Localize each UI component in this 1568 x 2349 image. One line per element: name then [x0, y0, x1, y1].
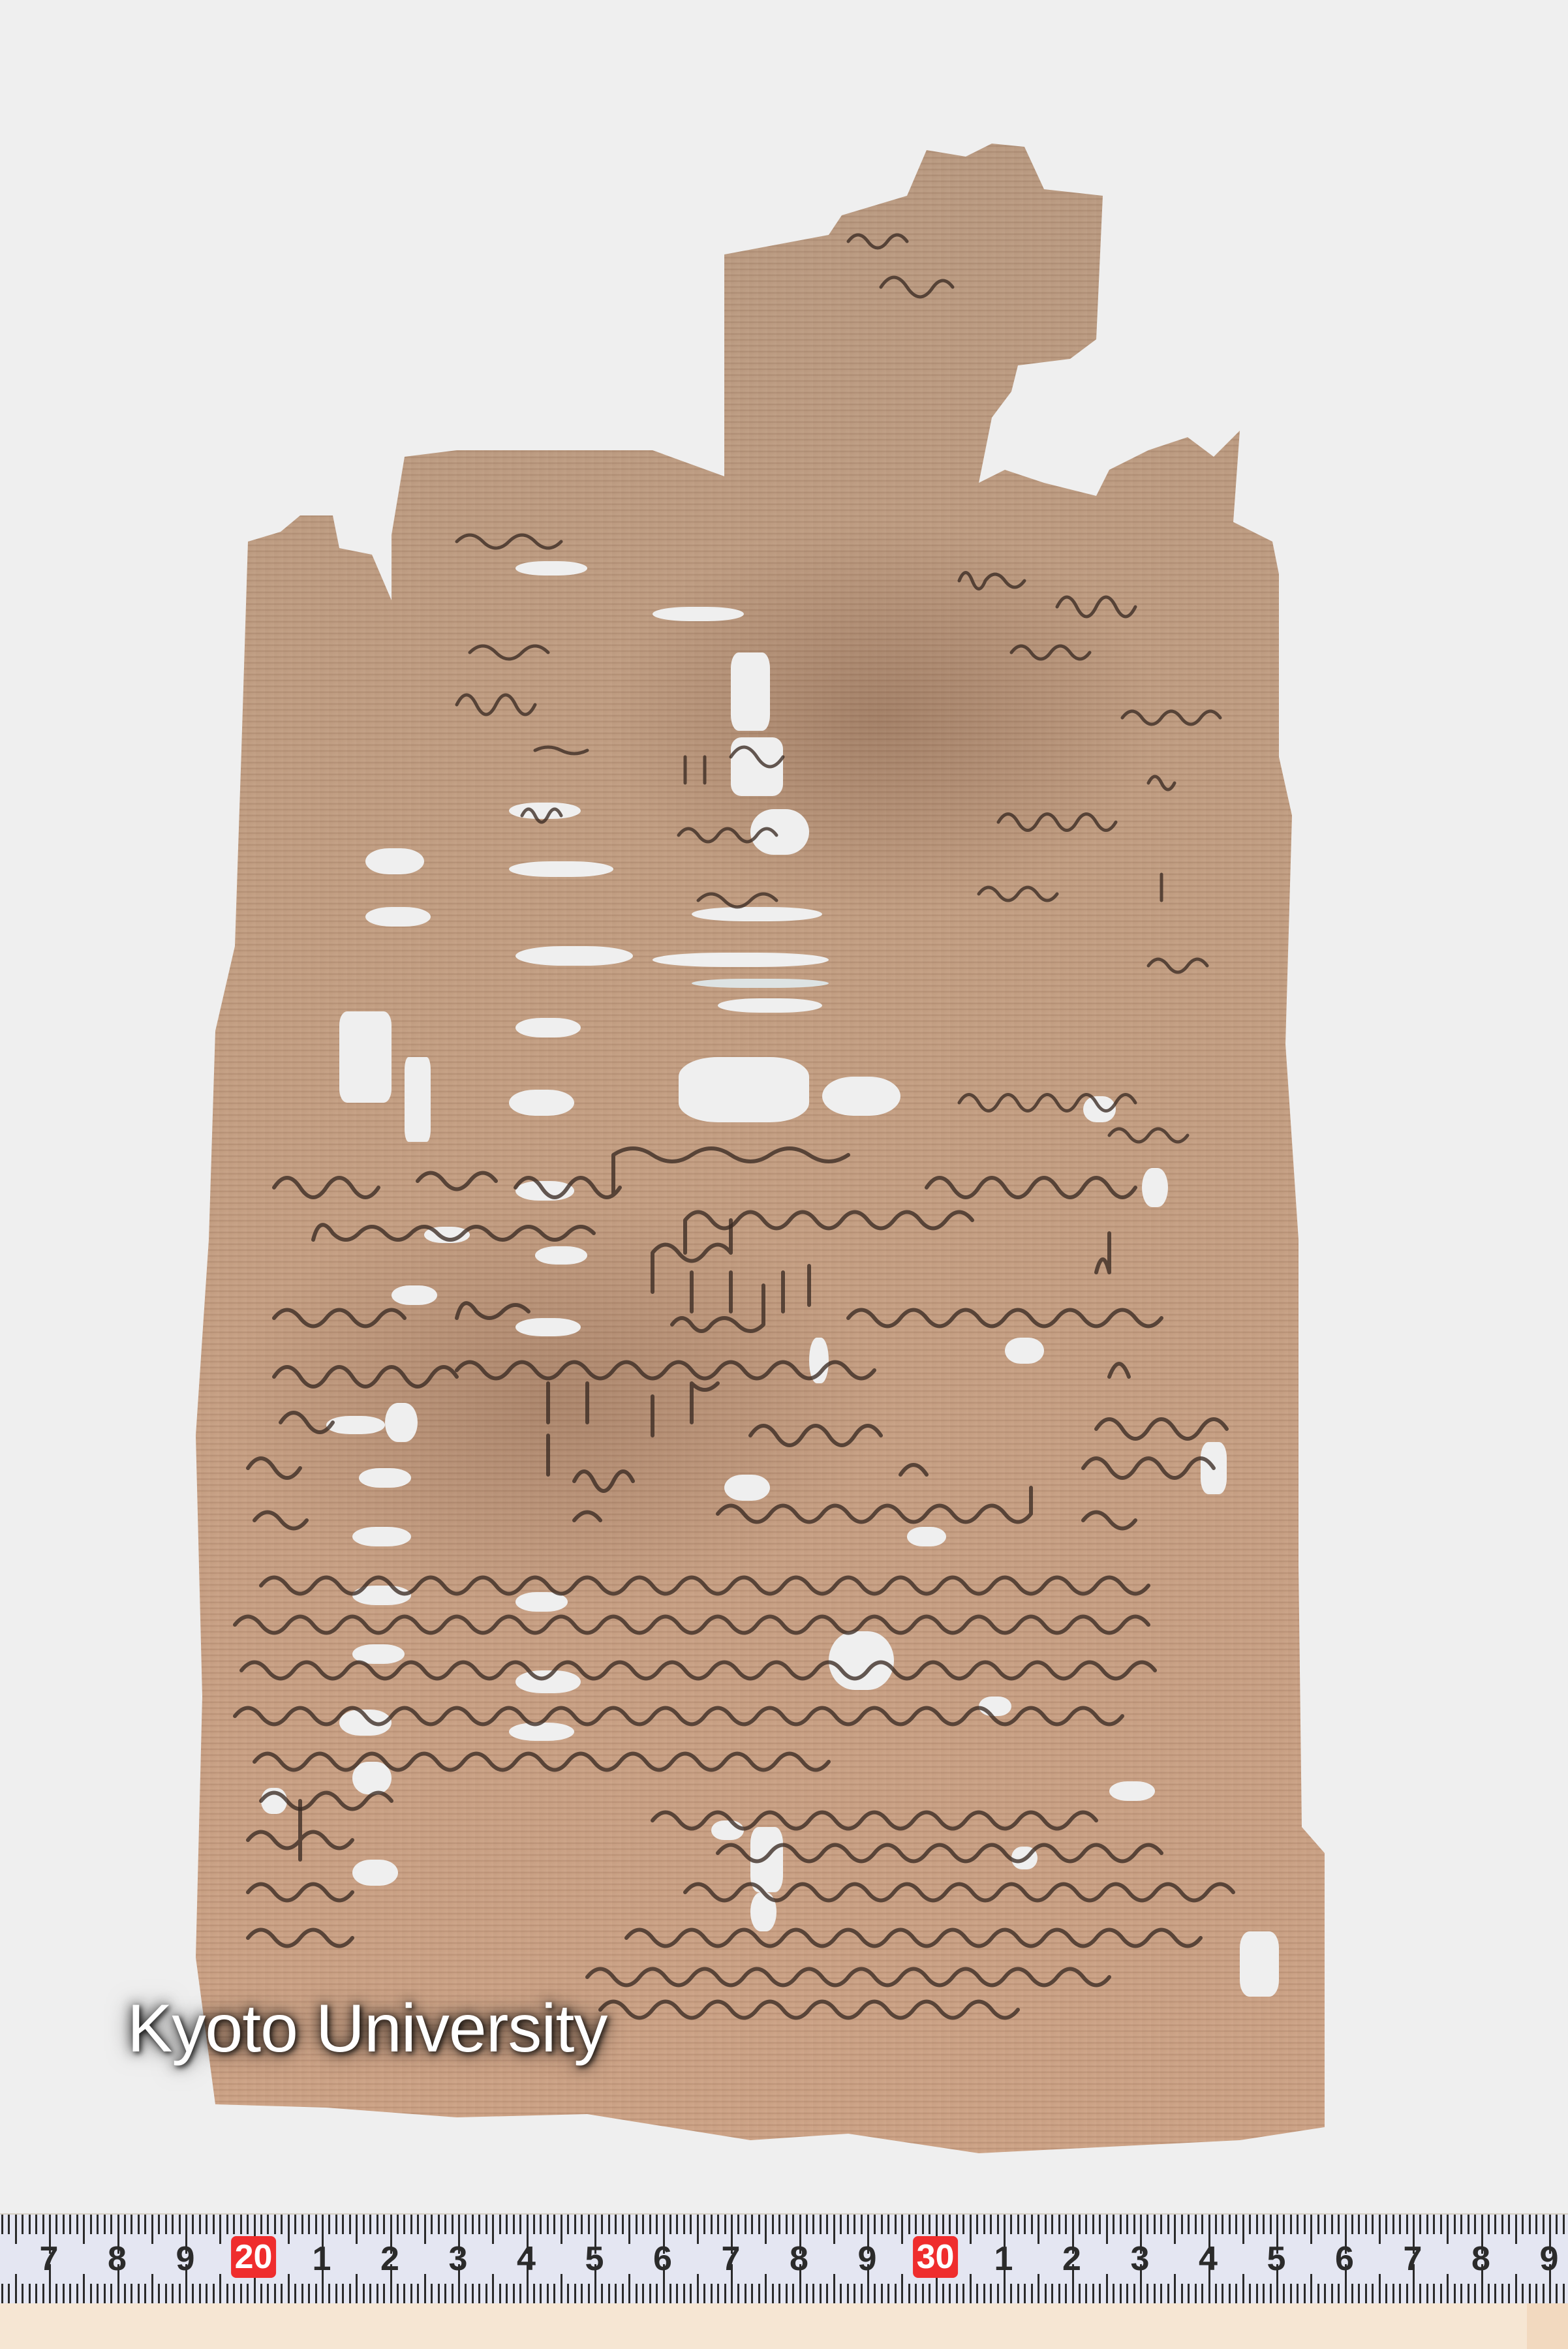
ruler-label: 8 — [1471, 2239, 1490, 2279]
ruler-tick — [499, 2284, 501, 2303]
ruler-tick — [1535, 2284, 1537, 2303]
ruler-tick — [219, 2274, 221, 2303]
ruler-tick — [812, 2284, 814, 2303]
ruler-tick — [1522, 2215, 1524, 2234]
ruler-tick — [308, 2284, 310, 2303]
ruler-tick — [881, 2284, 883, 2303]
ruler-tick — [703, 2215, 705, 2234]
ruler-tick — [233, 2284, 235, 2303]
ruler-tick — [1304, 2215, 1306, 2234]
ruler-tick — [172, 2284, 174, 2303]
ruler-tick — [478, 2284, 480, 2303]
ruler-tick — [676, 2284, 678, 2303]
ruler-tick — [29, 2284, 31, 2303]
ruler-tick — [1494, 2284, 1496, 2303]
ruler-tick — [226, 2284, 228, 2303]
ruler-tick — [1454, 2215, 1456, 2234]
ruler-tick — [1092, 2215, 1094, 2234]
ruler-tick — [1242, 2215, 1244, 2244]
ruler-tick — [1474, 2215, 1476, 2234]
ruler-tick — [138, 2284, 140, 2303]
ruler-tick — [983, 2215, 985, 2234]
ruler-tick — [1338, 2215, 1340, 2234]
ruler-tick — [1468, 2284, 1469, 2303]
ruler-tick — [997, 2215, 999, 2234]
ruler-tick — [1099, 2284, 1101, 2303]
ruler-tick — [1385, 2284, 1387, 2303]
ruler-label: 9 — [858, 2239, 877, 2279]
ruler-label: 30 — [913, 2236, 959, 2278]
ruler-tick — [690, 2284, 692, 2303]
ruler-tick — [97, 2284, 99, 2303]
ruler-tick — [676, 2215, 678, 2234]
ruler-tick — [1249, 2284, 1251, 2303]
ruler-tick — [1317, 2284, 1319, 2303]
ruler-tick — [717, 2215, 719, 2234]
ruler-tick — [1085, 2284, 1087, 2303]
ruler-tick — [158, 2215, 160, 2234]
ruler-tick — [452, 2284, 453, 2303]
ruler-tick — [1392, 2215, 1394, 2234]
ruler-tick — [1106, 2215, 1108, 2244]
ruler-tick — [1447, 2215, 1449, 2244]
ruler-tick — [328, 2284, 330, 2303]
ruler-tick — [574, 2215, 576, 2234]
ruler-tick — [472, 2215, 474, 2234]
ruler-tick — [42, 2215, 44, 2234]
ruler-tick — [922, 2284, 924, 2303]
ruler-tick — [847, 2284, 849, 2303]
ruler-tick — [1256, 2284, 1258, 2303]
ruler-tick — [1146, 2215, 1148, 2234]
ruler-tick — [1508, 2215, 1510, 2234]
ruler-tick — [1079, 2215, 1081, 2234]
ruler-tick — [1092, 2284, 1094, 2303]
ruler-tick — [1563, 2215, 1565, 2234]
ruler-tick — [1440, 2215, 1442, 2234]
ruler-label: 1 — [313, 2239, 331, 2279]
ruler-tick — [737, 2284, 739, 2303]
ruler-tick — [172, 2215, 174, 2234]
ruler-tick — [737, 2215, 739, 2234]
ruler-tick — [820, 2284, 822, 2303]
ruler-tick — [997, 2284, 999, 2303]
ruler-tick — [1283, 2215, 1285, 2234]
ruler-tick — [853, 2215, 855, 2234]
ruler-tick — [1249, 2215, 1251, 2234]
ruler-tick — [861, 2284, 863, 2303]
ruler-tick — [669, 2215, 671, 2234]
ruler-tick — [15, 2274, 17, 2303]
ruler-tick — [1024, 2284, 1026, 2303]
ruler-tick — [1229, 2215, 1231, 2234]
ruler-tick — [581, 2215, 583, 2234]
ruler-tick — [1270, 2215, 1272, 2234]
ruler-tick — [656, 2284, 658, 2303]
ruler-tick — [1174, 2215, 1176, 2244]
ruler-label: 2 — [380, 2239, 399, 2279]
ruler-tick — [1535, 2215, 1537, 2234]
ruler-tick — [90, 2215, 92, 2234]
ruler-tick — [1181, 2284, 1183, 2303]
ruler-tick — [1010, 2284, 1012, 2303]
ruler-tick — [452, 2215, 453, 2234]
ruler-tick — [97, 2215, 99, 2234]
ruler-tick — [574, 2284, 576, 2303]
ruler-tick — [1, 2215, 3, 2234]
ruler-tick — [908, 2284, 910, 2303]
ruler-tick — [1113, 2215, 1115, 2234]
ruler-label: 6 — [1335, 2239, 1354, 2279]
ruler-tick — [179, 2284, 181, 2303]
ruler-tick — [949, 2284, 951, 2303]
ruler-tick — [104, 2215, 106, 2234]
ruler-tick — [833, 2215, 835, 2244]
ruler-tick — [335, 2284, 337, 2303]
ruler-tick — [812, 2215, 814, 2234]
ruler-tick — [83, 2215, 85, 2244]
ruler-tick — [915, 2284, 917, 2303]
ruler-tick — [131, 2215, 132, 2234]
ruler-tick — [1235, 2215, 1237, 2234]
ruler-tick — [642, 2215, 644, 2234]
ruler-tick — [1146, 2284, 1148, 2303]
ruler-tick — [1174, 2274, 1176, 2303]
ruler-tick — [213, 2284, 215, 2303]
ruler-tick — [547, 2284, 549, 2303]
ruler-tick — [649, 2284, 651, 2303]
ruler-tick — [915, 2215, 917, 2234]
ruler-tick — [1085, 2215, 1087, 2234]
ruler-tick — [1440, 2284, 1442, 2303]
ruler-tick — [69, 2284, 71, 2303]
ruler-tick — [233, 2215, 235, 2234]
ruler-tick — [745, 2284, 746, 2303]
ruler-tick — [711, 2215, 713, 2234]
ruler-tick — [649, 2215, 651, 2234]
ruler-tick — [1051, 2215, 1053, 2234]
ruler-tick — [506, 2215, 508, 2234]
ruler-tick — [260, 2215, 262, 2234]
ruler-tick — [328, 2215, 330, 2234]
ruler-tick — [424, 2215, 426, 2244]
ruler-tick — [63, 2284, 65, 2303]
ruler-label: 4 — [1199, 2239, 1218, 2279]
ruler-tick — [669, 2284, 671, 2303]
ruler-tick — [1024, 2215, 1026, 2234]
ruler-tick — [622, 2215, 624, 2234]
ruler-tick — [267, 2284, 269, 2303]
ruler-tick — [35, 2215, 37, 2234]
ruler-tick — [697, 2274, 699, 2303]
ruler-tick — [1488, 2215, 1490, 2234]
ruler-tick — [758, 2284, 760, 2303]
ruler-tick — [369, 2215, 371, 2234]
ruler-tick — [492, 2215, 494, 2244]
ruler-tick — [533, 2284, 535, 2303]
ruler-tick — [608, 2215, 610, 2234]
ruler-tick — [199, 2215, 201, 2234]
ruler-tick — [499, 2215, 501, 2234]
ruler-tick — [1310, 2274, 1312, 2303]
ruler-tick — [1331, 2284, 1333, 2303]
ruler-tick — [751, 2284, 753, 2303]
ruler-tick — [533, 2215, 535, 2234]
ruler-tick — [792, 2215, 794, 2234]
ruler-tick — [751, 2215, 753, 2234]
ruler-tick — [1113, 2284, 1115, 2303]
ruler-tick — [1351, 2284, 1353, 2303]
ruler-tick — [1235, 2284, 1237, 2303]
ruler-tick — [990, 2284, 992, 2303]
ruler-tick — [1215, 2215, 1217, 2234]
ruler-tick — [786, 2215, 788, 2234]
ruler-tick — [1392, 2284, 1394, 2303]
ruler-tick — [1065, 2215, 1067, 2234]
ruler-tick — [363, 2284, 365, 2303]
ruler-tick — [588, 2284, 590, 2303]
ruler-tick — [1406, 2284, 1408, 2303]
ruler-tick — [8, 2215, 10, 2234]
ruler-tick — [1365, 2215, 1367, 2234]
ruler-tick — [540, 2284, 542, 2303]
ruler-tick — [1433, 2284, 1435, 2303]
table-surface — [0, 2302, 1568, 2349]
ruler-tick — [703, 2284, 705, 2303]
ruler-tick — [1181, 2215, 1183, 2234]
ruler-tick — [929, 2284, 930, 2303]
ruler-tick — [15, 2215, 17, 2244]
ruler-tick — [1433, 2215, 1435, 2234]
ruler-tick — [1, 2284, 3, 2303]
ruler-tick — [1263, 2284, 1265, 2303]
ruler-tick — [22, 2215, 23, 2234]
ruler-label: 4 — [517, 2239, 536, 2279]
ruler-tick — [553, 2284, 555, 2303]
ruler-tick — [1494, 2215, 1496, 2234]
ruler-tick — [874, 2284, 876, 2303]
ruler-label: 9 — [1540, 2239, 1559, 2279]
ruler-tick — [1038, 2215, 1039, 2244]
ruler-tick — [628, 2215, 630, 2244]
ruler-tick — [138, 2215, 140, 2234]
ruler-tick — [1160, 2284, 1162, 2303]
ruler-tick — [506, 2284, 508, 2303]
ruler-tick — [683, 2284, 685, 2303]
ruler-tick — [758, 2215, 760, 2234]
ruler-tick — [513, 2284, 515, 2303]
ruler-tick — [1222, 2215, 1223, 2234]
ruler-tick — [820, 2215, 822, 2234]
ruler-tick — [63, 2215, 65, 2234]
ruler-label: 5 — [585, 2239, 604, 2279]
ruler-tick — [1385, 2215, 1387, 2234]
ruler-tick — [929, 2215, 930, 2234]
ruler-tick — [294, 2284, 296, 2303]
ruler-tick — [949, 2215, 951, 2234]
ruler-tick — [561, 2274, 562, 2303]
ruler-tick — [465, 2215, 467, 2234]
ruler-tick — [1365, 2284, 1367, 2303]
ruler-tick — [1160, 2215, 1162, 2234]
ruler-tick — [219, 2215, 221, 2244]
ruler-tick — [124, 2215, 126, 2234]
ruler-tick — [956, 2215, 958, 2234]
ruler-tick — [240, 2215, 242, 2234]
ruler-tick — [683, 2215, 685, 2234]
ruler-tick — [1120, 2284, 1122, 2303]
ruler-tick — [274, 2215, 276, 2234]
ruler-tick — [697, 2215, 699, 2244]
ruler-tick — [1529, 2215, 1531, 2234]
ruler-tick — [1195, 2284, 1197, 2303]
ruler-tick — [1426, 2284, 1428, 2303]
ruler-tick — [690, 2215, 692, 2234]
ruler-tick — [847, 2215, 849, 2234]
ruler-tick — [1195, 2215, 1197, 2234]
ruler-tick — [29, 2215, 31, 2234]
ruler-tick — [990, 2215, 992, 2234]
ruler-tick — [1563, 2284, 1565, 2303]
ruler-tick — [1543, 2284, 1545, 2303]
ruler-tick — [165, 2215, 167, 2234]
ruler-tick — [983, 2284, 985, 2303]
ruler-label: 7 — [722, 2239, 741, 2279]
ruler-tick — [403, 2215, 405, 2234]
ruler-label: 5 — [1267, 2239, 1286, 2279]
ruler-tick — [1167, 2284, 1169, 2303]
ruler-tick — [335, 2215, 337, 2234]
ruler-tick — [1058, 2284, 1060, 2303]
ruler-tick — [1167, 2215, 1169, 2234]
ruler-tick — [1426, 2215, 1428, 2234]
ruler-tick — [826, 2284, 828, 2303]
ruler-tick — [377, 2284, 378, 2303]
ruler-tick — [1304, 2284, 1306, 2303]
ruler-tick — [615, 2284, 617, 2303]
ruler-tick — [1256, 2215, 1258, 2234]
ruler-tick — [887, 2215, 889, 2234]
ruler-tick — [342, 2284, 344, 2303]
ruler-tick — [349, 2284, 351, 2303]
ruler-tick — [1045, 2284, 1047, 2303]
ruler-tick — [1515, 2274, 1517, 2303]
ruler-label: 3 — [1131, 2239, 1150, 2279]
ruler-tick — [1188, 2284, 1190, 2303]
ruler-tick — [1460, 2215, 1462, 2234]
measuring-tape: 7892012345678930123456789 — [0, 2213, 1568, 2303]
ruler-tick — [403, 2284, 405, 2303]
ruler-tick — [861, 2215, 863, 2234]
ruler-tick — [1270, 2284, 1272, 2303]
ruler-tick — [1099, 2215, 1101, 2234]
ruler-tick — [1038, 2274, 1039, 2303]
ruler-label: 8 — [790, 2239, 808, 2279]
ruler-tick — [1188, 2215, 1190, 2234]
ruler-tick — [83, 2274, 85, 2303]
ruler-tick — [1338, 2284, 1340, 2303]
ruler-tick — [547, 2215, 549, 2234]
ruler-tick — [1529, 2284, 1531, 2303]
ruler-tick — [1010, 2215, 1012, 2234]
ruler-tick — [55, 2215, 57, 2234]
ruler-tick — [792, 2284, 794, 2303]
ruler-tick — [383, 2284, 385, 2303]
ruler-tick — [431, 2215, 433, 2234]
ruler-tick — [717, 2284, 719, 2303]
ruler-tick — [1201, 2284, 1203, 2303]
ruler-tick — [840, 2215, 842, 2234]
ruler-tick — [199, 2284, 201, 2303]
ruler-tick — [288, 2274, 290, 2303]
ruler-tick — [1079, 2284, 1081, 2303]
ruler-tick — [901, 2215, 903, 2244]
ruler-tick — [1331, 2215, 1333, 2234]
ruler-tick — [1508, 2284, 1510, 2303]
ruler-label: 6 — [653, 2239, 672, 2279]
ruler-tick — [35, 2284, 37, 2303]
ruler-tick — [1379, 2215, 1381, 2244]
ruler-tick — [1324, 2215, 1326, 2234]
ruler-tick — [22, 2284, 23, 2303]
ruler-tick — [192, 2284, 194, 2303]
ruler-tick — [349, 2215, 351, 2234]
ruler-tick — [628, 2274, 630, 2303]
ruler-tick — [745, 2215, 746, 2234]
ruler-tick — [1263, 2215, 1265, 2234]
ruler-tick — [247, 2284, 249, 2303]
ruler-tick — [1229, 2284, 1231, 2303]
ruler-tick — [1379, 2274, 1381, 2303]
ruler-tick — [970, 2274, 972, 2303]
ruler-tick — [267, 2215, 269, 2234]
ruler-tick — [1133, 2215, 1135, 2234]
ruler-tick — [922, 2215, 924, 2234]
ruler-label: 7 — [1404, 2239, 1422, 2279]
ruler-tick — [42, 2284, 44, 2303]
ruler-tick — [1201, 2215, 1203, 2234]
ruler-tick — [110, 2284, 112, 2303]
ruler-tick — [1310, 2215, 1312, 2244]
ruler-tick — [281, 2284, 283, 2303]
ruler-tick — [158, 2284, 160, 2303]
ruler-tick — [8, 2284, 10, 2303]
ruler-tick — [485, 2284, 487, 2303]
ruler-tick — [1290, 2215, 1292, 2234]
ruler-tick — [301, 2284, 303, 2303]
ruler-tick — [970, 2215, 972, 2244]
ruler-tick — [76, 2284, 78, 2303]
ruler-tick — [76, 2215, 78, 2234]
ruler-tick — [69, 2215, 71, 2234]
ruler-tick — [1058, 2215, 1060, 2234]
ruler-tick — [110, 2215, 112, 2234]
ruler-tick — [315, 2284, 317, 2303]
ruler-tick — [383, 2215, 385, 2234]
ruler-tick — [622, 2284, 624, 2303]
ruler-tick — [601, 2215, 603, 2234]
ruler-tick — [1501, 2215, 1503, 2234]
ruler-tick — [417, 2284, 419, 2303]
ruler-tick — [247, 2215, 249, 2234]
ruler-tick — [288, 2215, 290, 2244]
ruler-tick — [213, 2215, 215, 2234]
ruler-tick — [1154, 2284, 1156, 2303]
ruler-tick — [308, 2215, 310, 2234]
ruler-tick — [1133, 2284, 1135, 2303]
ruler-tick — [772, 2284, 774, 2303]
ruler-tick — [1515, 2215, 1517, 2244]
